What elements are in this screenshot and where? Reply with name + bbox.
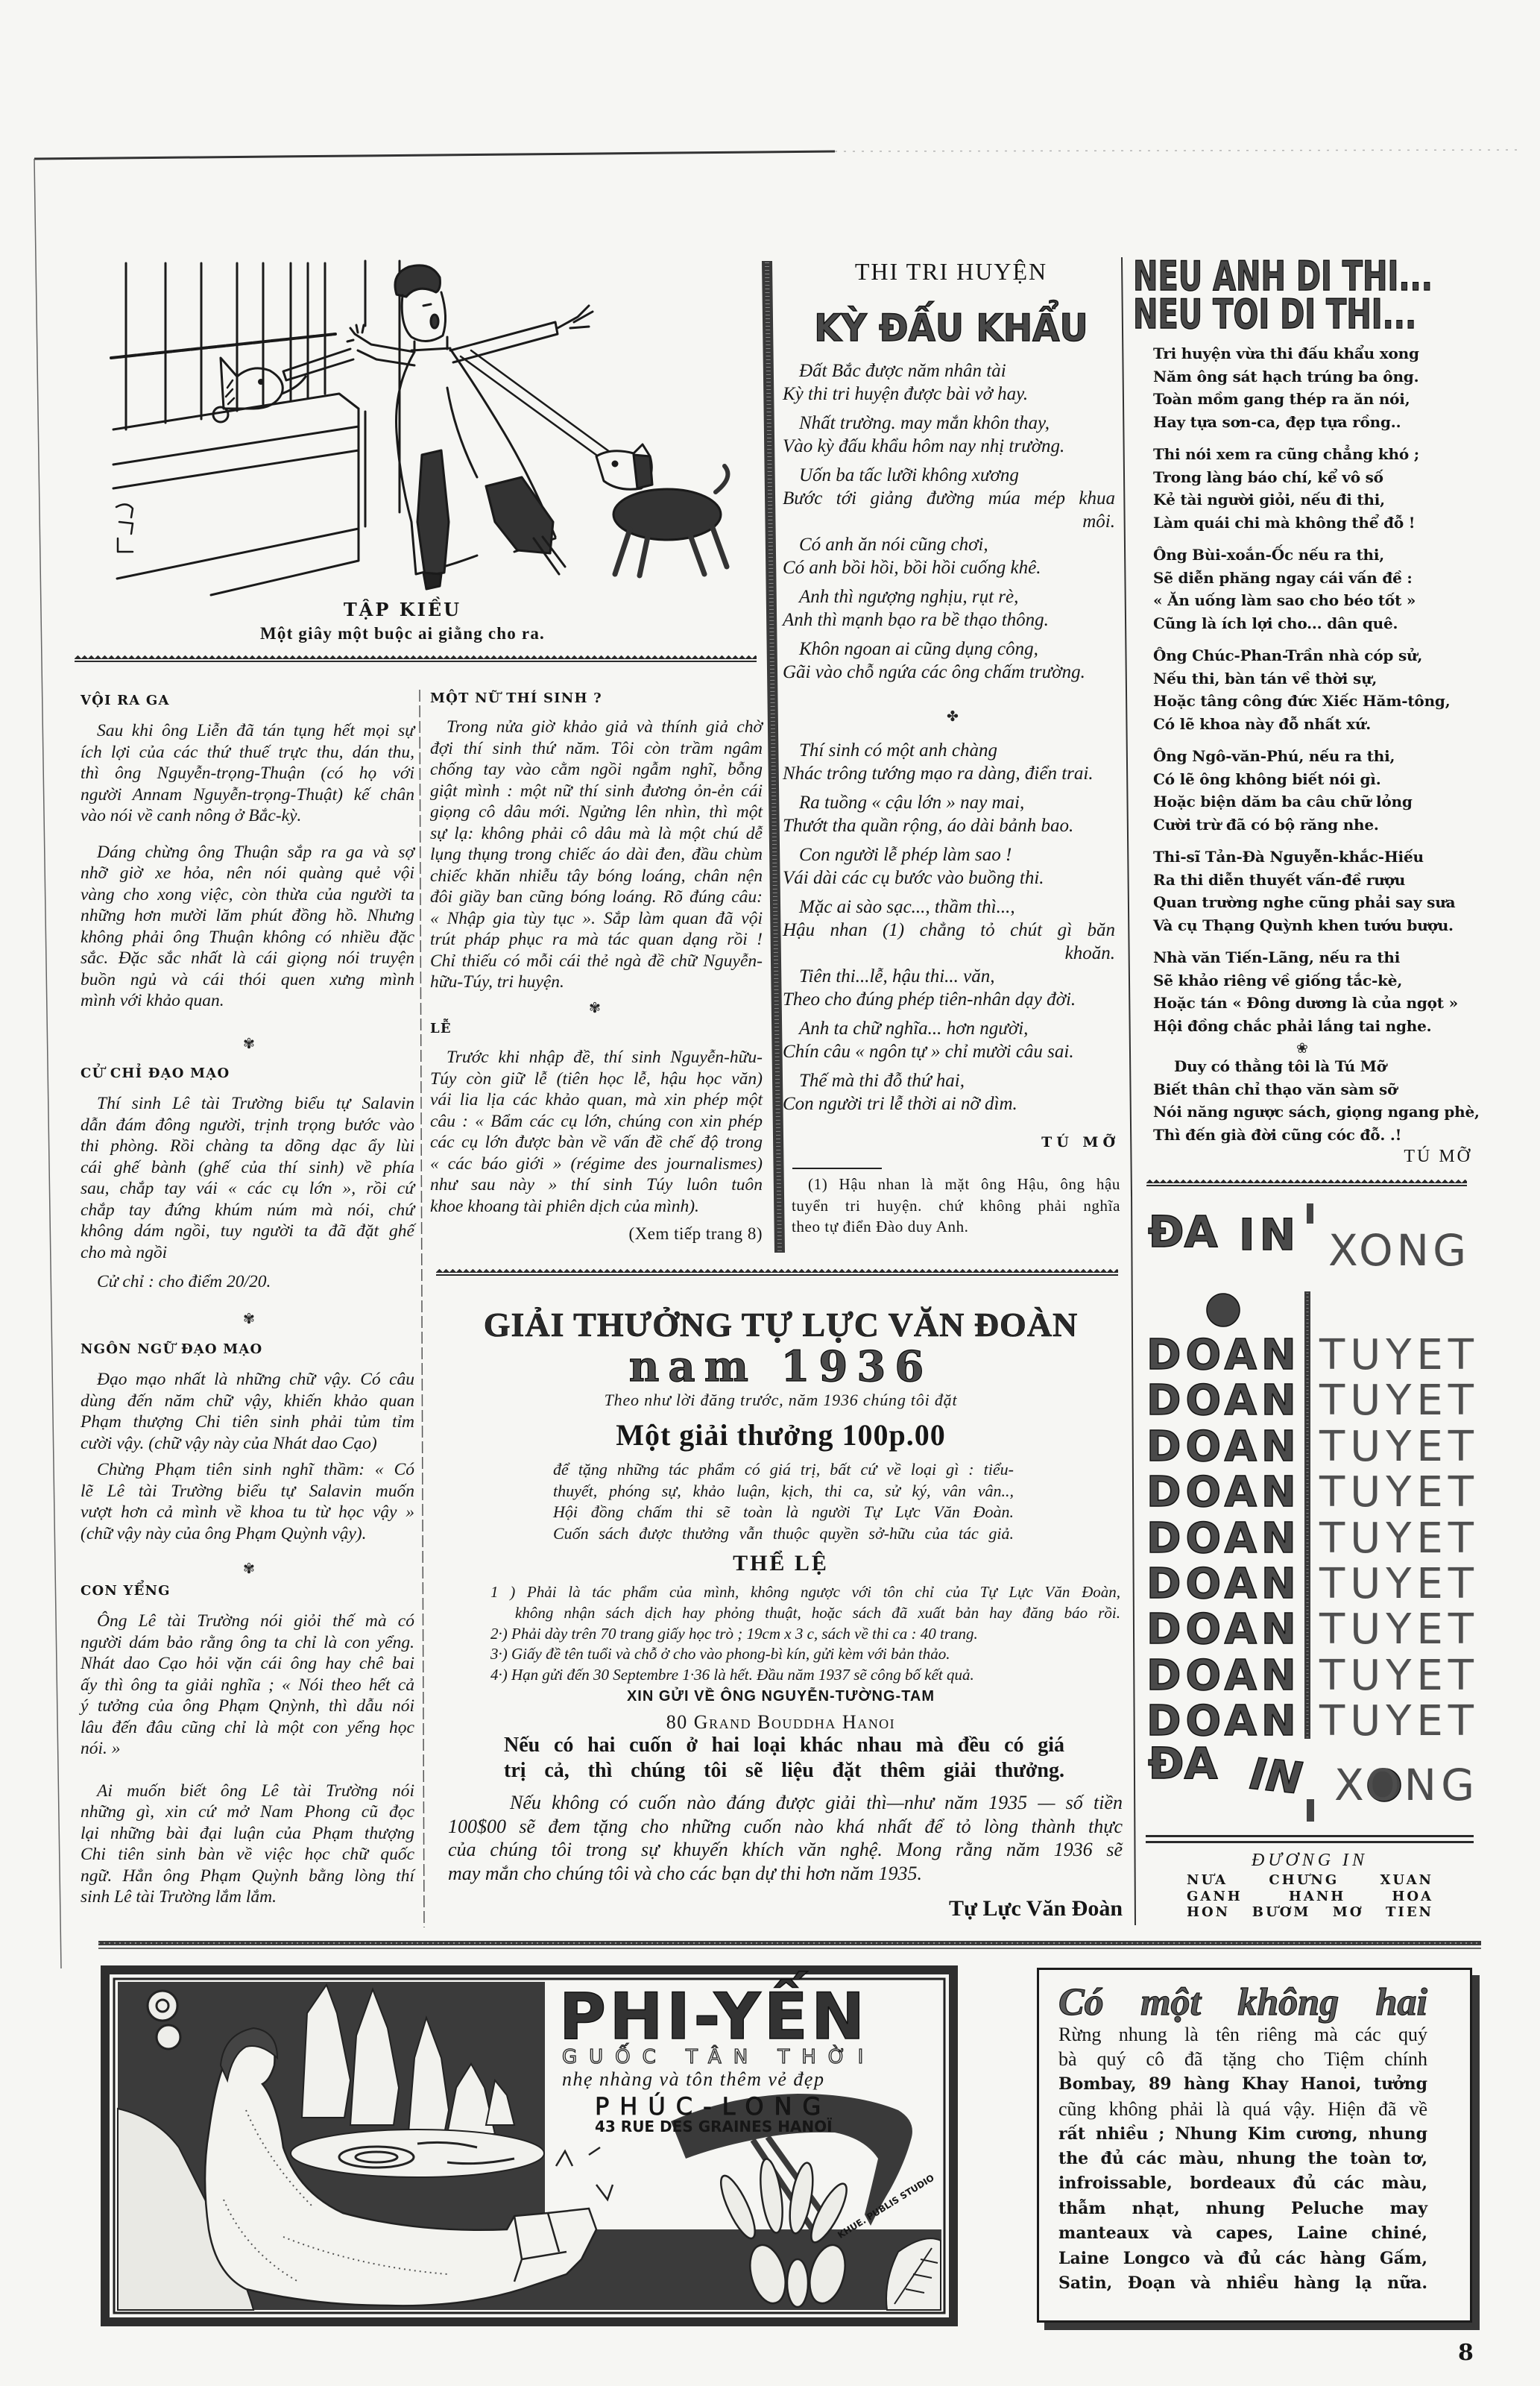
text-line: chắp tay đứng khúm núm mà nói, chứ (81, 1200, 414, 1221)
text-line: câu : « Bẩm các cụ lớn, chúng con xin ph… (430, 1111, 763, 1133)
text-line: của chúng tôi trong sự khuyến khích văn … (448, 1838, 1123, 1862)
verse-line: Kỳ thi tri huyện được bài vở hay. (783, 383, 1120, 406)
paragraph: Đạo mạo nhất là những chữ vậy. Có câudùn… (81, 1369, 414, 1454)
text-line: chống tay vào cằm ngồi ngẫm nghĩ, bỗng (430, 759, 763, 781)
stanza: Anh ta chữ nghĩa... hơn người,Chín câu «… (783, 1017, 1120, 1063)
verse-line: Có lẽ khoa này đỗ nhất xứ. (1153, 713, 1489, 736)
dog-behind-bars (213, 358, 306, 422)
text-line: dẫn đám đông người, trịnh trọng bước vào (81, 1115, 414, 1136)
stanza: Tri huyện vừa thi đấu khẩu xongNăm ông s… (1153, 342, 1489, 433)
verse-line: Chín câu « ngôn tự » chỉ mười câu sai. (783, 1040, 1120, 1063)
ad-text-line: Satin, Đoạn và nhiều hàng lạ nữa. (1058, 2271, 1427, 2296)
text-line: nhỡ giờ xe hỏa, nên nói quàng quẻ vội (81, 863, 414, 884)
verse-line: Bước tới giảng đường múa mép khua (783, 487, 1120, 510)
text-line: lẽ Lê tài Trường biểu tự Salavin muốn (81, 1481, 414, 1502)
text-line: người Annam Nguyễn-trọng-Thuật) kế chân (81, 784, 414, 806)
verse-line: Hoặc tán « Đông dương là của ngọt » (1153, 992, 1489, 1015)
word-doan: DOAN (1146, 1516, 1301, 1561)
stanza: Nhà văn Tiến-Lãng, nếu ra thiSẽ khảo riê… (1153, 946, 1489, 1037)
text-line: các cụ lớn được bàn về vấn đề chế độ tro… (430, 1132, 763, 1153)
text-line: như sau này » thí sinh Túy luôn tuôn (430, 1174, 763, 1196)
verse-line: Cười trừ đã có bộ răng nhe. (1153, 813, 1489, 837)
verse-line: Biết thân chỉ thạo văn sàm sỡ (1153, 1078, 1489, 1101)
postal-address: 80 Grand Bouddha Hanoi (436, 1711, 1126, 1734)
text-line: vượt hơn cả mình về khoa tu từ học vậy » (81, 1502, 414, 1523)
ornament-icon: ✾ (584, 999, 606, 1017)
stanza-lines: Khôn ngoan ai cũng dụng công,Gãi vào chỗ… (783, 638, 1120, 684)
upcoming-title: HON BƯƠM MƠ TIEN (1187, 1904, 1433, 1921)
verse-line: Ông Bùi-xoắn-Ốc nếu ra thi, (1153, 544, 1489, 567)
text-line: Thí sinh Lê tài Trường biểu tự Salavin (81, 1093, 414, 1115)
text-line: Chừng Phạm tiên sinh nghĩ thầm: « Có (81, 1459, 414, 1481)
verse-line: Anh ta chữ nghĩa... hơn người, (783, 1017, 1120, 1040)
upcoming-title: GANH HANH HOA (1187, 1889, 1433, 1905)
prize-intro: Theo như lời đăng trước, năm 1936 chúng … (436, 1391, 1126, 1410)
word-tuyet: TUYET (1319, 1516, 1479, 1561)
book-title-row: DOANTUYET (1146, 1378, 1474, 1423)
book-title-row: DOANTUYET (1146, 1516, 1474, 1561)
poem-author: TÚ MỠ (1153, 1146, 1472, 1167)
section-body: Trong nửa giờ khảo giả và thính giả chờđ… (430, 717, 763, 993)
text-line: để tặng những tác phẩm có giá trị, bất c… (553, 1459, 1014, 1481)
verse-line: Thế mà thi đỗ thứ hai, (783, 1069, 1120, 1092)
text-line: lại những bài đại luận của Phạm thượng (81, 1823, 414, 1845)
stanza: Thế mà thi đỗ thứ hai,Con người tri lễ t… (783, 1069, 1120, 1115)
text-line: Sau khi ông Liễn đã tán tụng hết mọi sự (81, 720, 414, 742)
verse-line: Ông Ngô-văn-Phú, nếu ra thi, (1153, 745, 1489, 768)
section-heading: CON YỂNG (81, 1580, 414, 1602)
verse-line: Và cụ Thạng Quỳnh khen tướu bượu. (1153, 914, 1489, 937)
send-to: XIN GỬI VỀ ÔNG NGUYỄN-TƯỜNG-TAM (436, 1687, 1126, 1705)
text-line: ý tưởng của ông Phạm Qnỳnh, thì dẫu nói (81, 1696, 414, 1717)
continued-on-page-link[interactable]: (Xem tiếp trang 8) (430, 1224, 763, 1244)
book-title-row: DOANTUYET (1146, 1653, 1474, 1699)
stanza-lines: Anh thì ngượng nghịu, rụt rè,Anh thì mạn… (783, 585, 1120, 632)
counter (113, 394, 365, 595)
verse-line: Thi-sĩ Tản-Đà Nguyễn-khắc-Hiếu (1153, 846, 1489, 869)
paragraph: Cử chỉ : cho điểm 20/20. (81, 1271, 414, 1293)
stanza: Thi-sĩ Tản-Đà Nguyễn-khắc-HiếuRa thi diễ… (1153, 846, 1489, 937)
ad-shop-name: PHÚC-LONG (595, 2094, 831, 2118)
stanza-lines: Có anh ăn nói cũng chơi,Có anh bồi hồi, … (783, 533, 1120, 579)
verse-line: Hoặc biện dăm ba câu chữ lỏng (1153, 790, 1489, 813)
upcoming-titles: NƯA CHƯNG XUANGANH HANH HOAHON BƯƠM MƠ T… (1187, 1872, 1433, 1921)
section-body: Thí sinh Lê tài Trường biểu tự Salavindẫ… (81, 1093, 414, 1293)
text-line: 100$00 sẽ đem tặng cho những cuốn nào kh… (448, 1815, 1123, 1839)
text-line: đợi thí sinh thứ năm. Tôi còn trầm ngâm (430, 738, 763, 760)
verse-line: Hay tựa sơn-ca, đẹp tựa rồng.. (1153, 411, 1489, 434)
text-line: dùng đến năm chữ vậy, khiến khảo quan (81, 1391, 414, 1412)
text-line: Ông Lê tài Trường nói giỏi thế mà có (81, 1611, 414, 1632)
stanza: Uốn ba tấc lưỡi không xươngBước tới giản… (783, 464, 1120, 533)
text-line: trị cả, thì chúng tôi sẽ liệu đặt thêm g… (504, 1758, 1064, 1784)
article-cu-chi-dao-mao: CỬ CHỈ ĐẠO MẠO Thí sinh Lê tài Trường bi… (81, 1063, 414, 1293)
text-line: người dám bảo rằng ông ta chỉ là con yển… (81, 1632, 414, 1654)
prize-signature: Tự Lực Văn Đoàn (894, 1896, 1123, 1921)
verse-line: Vào kỳ đấu khẩu hôm nay nhị trường. (783, 435, 1120, 458)
verse-line: Con người lễ phép làm sao ! (783, 843, 1120, 866)
verse-line: Tiên thi...lễ, hậu thi... văn, (783, 965, 1120, 988)
text-line: Chỉ thiếu có mỗi cái thẻ ngà đề chữ Nguy… (430, 951, 763, 972)
verse-line: Có anh bồi hồi, bồi hồi cuống khê. (783, 556, 1120, 579)
word-tuyet: TUYET (1319, 1332, 1479, 1378)
stanza: Ông Bùi-xoắn-Ốc nếu ra thi,Sẽ diễn phăng… (1153, 544, 1489, 635)
article-mot-nu-thi-sinh: MỘT NỮ THÍ SINH ? Trong nửa giờ khảo giả… (430, 687, 763, 993)
word-doan: DOAN (1146, 1561, 1301, 1607)
verse-line: Gãi vào chỗ ngứa các ông chấm trường. (783, 661, 1120, 684)
verse-line: Hội đồng chắc phải lắng tai nghe. (1153, 1015, 1489, 1038)
lily-flowers (715, 2158, 853, 2308)
text-line: ấy thì ông ta giải nghĩa ; « Nói theo hế… (81, 1675, 414, 1696)
word-tuyet: TUYET (1319, 1561, 1479, 1607)
verse-line: Sẽ khảo riêng về giống tắc-kè, (1153, 969, 1489, 992)
page-number: 8 (1458, 2340, 1474, 2367)
text-line: chiếc khăn nhiễu tây bóng loáng, chân nệ… (430, 866, 763, 887)
text-line: sắc. Đặc sắc nhất là cái giọng nói truyệ… (81, 948, 414, 969)
stanza: Mặc ai sào sạc..., thầm thì...,Hậu nhan … (783, 895, 1120, 965)
footnote-line: theo tự điển Đào duy Anh. (792, 1216, 1120, 1238)
text-line: sự lạ: không phải cô dâu mà là một chú d… (430, 823, 763, 845)
text-line: những hơn mười lăm phút đồng hồ. Nhưng (81, 905, 414, 927)
verse-line: Vái dài các cụ bước vào buồng thi. (783, 866, 1120, 890)
verse-line: Uốn ba tấc lưỡi không xương (783, 464, 1120, 487)
verse-line: Có anh ăn nói cũng chơi, (783, 533, 1120, 556)
ad-text-line: Laine Longco và đủ các hàng Gấm, (1058, 2247, 1427, 2271)
ad-word-da: ĐA (1148, 1210, 1218, 1253)
ad-text-line: rất nhiều ; Nhung Kim cương, nhung (1058, 2122, 1427, 2147)
verse-line: Thí sinh có một anh chàng (783, 739, 1120, 762)
ad-studio-credit: KHUE. PUBLIS STUDIO (836, 2173, 935, 2241)
rule-item: 2·) Phải dày trên 70 trang giấy học trò … (490, 1624, 1120, 1645)
section-heading: LỄ (430, 1018, 763, 1040)
text-line: (chữ vậy này của ông Phạm Quỳnh vậy). (81, 1523, 414, 1545)
text-line: Trong nửa giờ khảo giả và thính giả chờ (430, 717, 763, 738)
verse-line: Ông Chúc-Phan-Trần nhà cóp sử, (1153, 644, 1489, 667)
verse-line: Cũng là ích lợi cho... dân quê. (1153, 612, 1489, 635)
text-line: 4·) Hạn gửi đến 30 Septembre 1·36 là hết… (490, 1665, 1120, 1686)
verse-line: Theo cho đúng phép tiên-nhân dạy đời. (783, 988, 1120, 1011)
section-heading: MỘT NỮ THÍ SINH ? (430, 687, 763, 710)
rules-heading: THỂ LỆ (436, 1551, 1126, 1576)
tree-trunk (118, 2109, 253, 2310)
closing-paragraph: Nếu không có cuốn nào đáng được giải thì… (448, 1791, 1123, 1885)
paragraph: Trong nửa giờ khảo giả và thính giả chờđ… (430, 717, 763, 993)
book-title-row: DOANTUYET (1146, 1561, 1474, 1607)
text-line: Chi tiên sinh bàn về việc học chữ quốc (81, 1844, 414, 1866)
stanza: Tiên thi...lễ, hậu thi... văn,Theo cho đ… (783, 965, 1120, 1011)
verse-line: Quan trường nghe cũng phải say sưa (1153, 891, 1489, 914)
text-line: vàng cho xong việc, còn thừa của người t… (81, 884, 414, 906)
ad-text-line: thẫm nhạt, nhung Peluche may (1058, 2197, 1427, 2221)
text-line: ích lợi của các thứ thuế trực thu, dán t… (81, 742, 414, 764)
zigzag-divider (436, 1268, 1118, 1276)
prize-amount: Một giải thưởng 100p.00 (436, 1418, 1126, 1452)
ad-word-in: IN (1248, 1751, 1304, 1800)
word-doan: DOAN (1146, 1607, 1301, 1652)
cartoon-title: TẬP KIỀU (246, 599, 559, 621)
printing-status-label: ĐƯƠNG IN (1146, 1851, 1474, 1870)
ad-text-line: cũng không phải là quá vậy. Hiện đã về (1058, 2097, 1427, 2121)
text-line: Cuốn sách được thưởng vẫn thuộc quyền sở… (553, 1523, 1014, 1545)
text-line: đôi giầy ban cũng bóng loáng. Rõ đúng câ… (430, 887, 763, 908)
text-line: « Nhập gia tùy tục ». Sắp làm quan đã vộ… (430, 908, 763, 930)
text-line: nói. » (81, 1738, 414, 1760)
text-line: Cử chỉ : cho điểm 20/20. (81, 1271, 414, 1293)
stanza-lines: Thí sinh có một anh chàngNhác trông tướn… (783, 739, 1120, 785)
ad-text-line: the đủ các màu, nhung the toàn tơ, (1058, 2147, 1427, 2171)
text-line: cười vậy. (chữ vậy này của Nhát dao Cạo) (81, 1433, 414, 1455)
text-line: 2·) Phải dày trên 70 trang giấy học trò … (490, 1624, 1120, 1645)
stanza: Nhất trường. may mắn khôn thay,Vào kỳ đấ… (783, 412, 1120, 458)
poem-part-1: Đất Bắc được năm nhân tàiKỳ thi tri huyệ… (783, 359, 1120, 684)
word-tuyet: TUYET (1319, 1470, 1479, 1515)
paragraph: Ông Lê tài Trường nói giỏi thế mà cóngườ… (81, 1611, 414, 1760)
text-line: khoe khoang tài phiên dịch của mình). (430, 1196, 763, 1218)
prize-description: để tặng những tác phẩm có giá trị, bất c… (553, 1459, 1014, 1544)
zigzag-divider (75, 654, 757, 662)
verse-line: Ra tuồng « cậu lớn » nay mai, (783, 791, 1120, 814)
upcoming-title: NƯA CHƯNG XUAN (1187, 1872, 1433, 1889)
mountain-peaks (302, 1985, 514, 2134)
footnote-line: tuyển tri huyện. chứ không phải nghĩa (792, 1195, 1120, 1217)
poem-kicker: THI TRI HUYỆN (783, 258, 1120, 285)
poem-footnote: (1) Hậu nhan là mặt ông Hậu, ông hậutuyể… (792, 1174, 1120, 1238)
verse-line: Thướt tha quần rộng, áo dài bảnh bao. (783, 814, 1120, 837)
paragraph: Ai muốn biết ông Lê tài Trường nóinhững … (81, 1781, 414, 1908)
verse-overflow: khoăn. (783, 942, 1120, 965)
text-line: Hội đồng chấm thi sẽ toàn là người Tự Lự… (553, 1502, 1014, 1523)
rule-item: 4·) Hạn gửi đến 30 Septembre 1·36 là hết… (490, 1665, 1120, 1686)
text-line: thuyết, phóng sự, khảo luận, kịch, thi c… (553, 1481, 1014, 1502)
verse-line: Ra thi diễn thuyết vấn-đề rượu (1153, 869, 1489, 892)
stanza-lines: Uốn ba tấc lưỡi không xươngBước tới giản… (783, 464, 1120, 510)
ad-tagline: nhẹ nhàng và tôn thêm vẻ đẹp (562, 2068, 824, 2091)
text-line: vào nói về canh nông ở Bắc-kỳ. (81, 805, 414, 827)
word-tuyet: TUYET (1319, 1653, 1479, 1699)
right-poem-stanzas: Tri huyện vừa thi đấu khẩu xongNăm ông s… (1153, 342, 1489, 1037)
stanza-lines: Nhất trường. may mắn khôn thay,Vào kỳ đấ… (783, 412, 1120, 458)
stanza-lines: Tiên thi...lễ, hậu thi... văn,Theo cho đ… (783, 965, 1120, 1011)
leash (461, 350, 610, 459)
section-body: Đạo mạo nhất là những chữ vậy. Có câudùn… (81, 1369, 414, 1544)
zigzag-divider (1146, 1178, 1467, 1186)
verse-line: Nhất trường. may mắn khôn thay, (783, 412, 1120, 435)
section-body: Sau khi ông Liễn đã tán tụng hết mọi sựí… (81, 720, 414, 1012)
ad-word-xong: XONG (1334, 1763, 1479, 1807)
rule-item: 3·) Giấy đề tên tuổi và chỗ ở cho vào ph… (490, 1644, 1120, 1665)
section-heading: CỬ CHỈ ĐẠO MẠO (81, 1063, 414, 1085)
ad-shop-address: 43 RUE DES GRAINES HANOÏ (595, 2118, 833, 2135)
verse-line: Toàn mồm gang thép ra ăn nói, (1153, 388, 1489, 411)
verse-line: Nhà văn Tiến-Lãng, nếu ra thi (1153, 946, 1489, 969)
rule-item: 1 ) Phải là tác phẩm của mình, không ngư… (490, 1582, 1120, 1624)
article-voi-ra-ga: VỘI RA GA Sau khi ông Liễn đã tán tụng h… (81, 690, 414, 1012)
rose (148, 1991, 180, 2049)
stanza: Con người lễ phép làm sao !Vái dài các c… (783, 843, 1120, 890)
man-figure (283, 265, 593, 589)
word-tuyet: TUYET (1319, 1378, 1479, 1423)
verse-line: Duy có thằng tôi là Tú Mỡ (1153, 1055, 1489, 1078)
stanza: Thi nói xem ra cũng chẳng khó ;Trong làn… (1153, 443, 1489, 534)
text-line: 1 ) Phải là tác phẩm của mình, không ngư… (490, 1582, 1120, 1603)
verse-line: Làm quái chi mà không thể đỗ ! (1153, 511, 1489, 535)
book-title-row: DOANTUYET (1146, 1470, 1474, 1515)
verse-line: Nếu thi, bàn tán về thời sự, (1153, 667, 1489, 690)
verse-line: Con người tri lễ thời ai nỡ dìm. (783, 1092, 1120, 1115)
word-doan: DOAN (1146, 1470, 1301, 1515)
text-line: Đạo mạo nhất là những chữ vậy. Có câu (81, 1369, 414, 1391)
ad-word-xong: XONG (1328, 1229, 1470, 1272)
text-line: không dám ngồi, tuy người ta đã đặt ghế (81, 1221, 414, 1242)
stanza-lines: Thế mà thi đỗ thứ hai,Con người tri lễ t… (783, 1069, 1120, 1115)
text-line: lụng thụng trong chiếc áo dài đen, đầu c… (430, 844, 763, 866)
text-line: Túy còn giữ lễ (tiên học lễ, hậu học văn… (430, 1068, 763, 1090)
text-line: không nhận sách dịch hay phỏng thuật, ho… (490, 1603, 1120, 1624)
stanza: Ông Chúc-Phan-Trần nhà cóp sử,Nếu thi, b… (1153, 644, 1489, 735)
stanza-lines: Mặc ai sào sạc..., thầm thì...,Hậu nhan … (783, 895, 1120, 942)
ad-brand: PHI-YẾN (559, 1985, 868, 2049)
title-line: NEU ANH DI THI... (1133, 257, 1433, 295)
verse-line: Trong làng báo chí, kể vô số (1153, 466, 1489, 489)
stanza-lines: Ra tuồng « cậu lớn » nay mai,Thướt tha q… (783, 791, 1120, 837)
ad-text-line: Rừng nhung là tên riêng mà các quý (1058, 2022, 1427, 2047)
velvet-ad-title: Có một không hai (1058, 1982, 1427, 2024)
stanza: Khôn ngoan ai cũng dụng công,Gãi vào chỗ… (783, 638, 1120, 684)
paragraph: Trước khi nhập đề, thí sinh Nguyễn-hữu-T… (430, 1047, 763, 1217)
paragraph: Chừng Phạm tiên sinh nghĩ thầm: « Cólẽ L… (81, 1459, 414, 1544)
ornament-icon: ✤ (941, 708, 964, 725)
verse-line: Thì đến già đời cũng cóc đỗ. .! (1153, 1124, 1489, 1147)
ads-top-rule (98, 1941, 1481, 1948)
article-le: LỄ Trước khi nhập đề, thí sinh Nguyễn-hữ… (430, 1018, 763, 1217)
verse-line: Tri huyện vừa thi đấu khẩu xong (1153, 342, 1489, 365)
text-line: sinh Lê tài Trường lắm lắm. (81, 1886, 414, 1908)
text-line: thì ông Nguyễn-trọng-Thuận (có họ với (81, 763, 414, 784)
cartoon-caption: Một giây một buộc ai giằng cho ra. (224, 623, 581, 644)
text-line: Phạm thượng Chi tiên sinh phải tủm tỉm (81, 1411, 414, 1433)
ad-product: GUỐC TÂN THỜI (562, 2046, 875, 2068)
dog-on-leash (596, 444, 728, 576)
ad-text-line: bà quý cô đã tặng cho Tiệm chính (1058, 2047, 1427, 2071)
book-title-row: DOANTUYET (1146, 1332, 1474, 1378)
word-tuyet: TUYET (1319, 1424, 1479, 1470)
verse-line: Đất Bắc được năm nhân tài (783, 359, 1120, 383)
text-line: buồn ngủ và cái thói quen xưng mình (81, 969, 414, 991)
text-line: những gì, xin cứ mở Nam Phong cũ đọc (81, 1801, 414, 1823)
text-line: Nếu có hai cuốn ở hai loại khác nhau mà … (504, 1733, 1064, 1758)
text-line: cho mà ngồi (81, 1242, 414, 1264)
text-line: lâu đến đâu cũng chỉ là một con yểng học (81, 1717, 414, 1739)
text-line: 3·) Giấy đề tên tuổi và chỗ ở cho vào ph… (490, 1644, 1120, 1665)
poem-part-2: Thí sinh có một anh chàngNhác trông tướn… (783, 739, 1120, 1115)
stanza-lines: Anh ta chữ nghĩa... hơn người,Chín câu «… (783, 1017, 1120, 1063)
text-line: trút pháp phục ra mà tác quan dạng rồi ! (430, 929, 763, 951)
stanza: Có anh ăn nói cũng chơi,Có anh bồi hồi, … (783, 533, 1120, 579)
word-doan: DOAN (1146, 1424, 1301, 1470)
section-body: Trước khi nhập đề, thí sinh Nguyễn-hữu-T… (430, 1047, 763, 1217)
word-doan: DOAN (1146, 1653, 1301, 1699)
gate-bars (126, 261, 400, 512)
article-con-yeng: CON YỂNG Ông Lê tài Trường nói giỏi thế … (81, 1580, 414, 1908)
paragraph: Sau khi ông Liễn đã tán tụng hết mọi sựí… (81, 720, 414, 827)
verse-line: Có lẽ ông không biết nói gì. (1153, 768, 1489, 791)
verse-line: Sẽ diễn phăng ngay cái vấn đề : (1153, 567, 1489, 590)
small-birds (556, 2147, 613, 2200)
text-line: Nhát dao Cạo hỏi vặn cái ông hay chê bai (81, 1653, 414, 1675)
ornament-icon: ✾ (238, 1560, 260, 1578)
text-line: may mắn cho chúng tôi và cho các bạn dự … (448, 1862, 1123, 1886)
verse-line: Kẻ tài người giỏi, nếu đi thi, (1153, 488, 1489, 511)
text-line: giật mình : một nữ thí sinh đương ỏn-ẻn … (430, 781, 763, 802)
poem-title: KỲ ĐẤU KHẨU (793, 306, 1110, 350)
verse-line: « Ăn uống làm sao cho béo tốt » (1153, 589, 1489, 612)
right-poem-title: NEU ANH DI THI... NEU TOI DI THI... (1133, 257, 1433, 333)
paragraph: Dáng chừng ông Thuận sắp ra ga và sợnhỡ … (81, 842, 414, 1012)
verse-line: Thi nói xem ra cũng chẳng khó ; (1153, 443, 1489, 466)
article-ngon-ngu-dao-mao: NGÔN NGỮ ĐẠO MẠO Đạo mạo nhất là những c… (81, 1338, 414, 1544)
text-line: Dáng chừng ông Thuận sắp ra ga và sợ (81, 842, 414, 863)
text-line: ngữ. Hẳn ông Phạm Quỳnh bằng lòng thí (81, 1866, 414, 1887)
ad-word-in: IN (1239, 1213, 1300, 1256)
right-poem-final-stanza: Duy có thằng tôi là Tú MỡBiết thân chỉ t… (1153, 1055, 1489, 1146)
velvet-ad-body: Rừng nhung là tên riêng mà các quýbà quý… (1058, 2022, 1427, 2296)
text-line: vái lia lịa các khảo quan, mà xin phép m… (430, 1089, 763, 1111)
text-line: mình với khảo quan. (81, 990, 414, 1012)
verse-line: Hậu nhan (1) chẳng tỏ chút gì băn (783, 919, 1120, 942)
seated-woman (205, 2028, 596, 2305)
text-line: cái ghế bành (ghế của thí sinh) về phía (81, 1157, 414, 1179)
verse-line: Năm ông sát hạch trúng ba ông. (1153, 365, 1489, 388)
verse-line: Anh thì ngượng nghịu, rụt rè, (783, 585, 1120, 608)
section-heading: VỘI RA GA (81, 690, 414, 712)
verse-line: Mặc ai sào sạc..., thầm thì..., (783, 895, 1120, 919)
double-rule (1146, 1841, 1474, 1843)
text-line: không phải ông Thuận không có nhiều đặc (81, 927, 414, 948)
verse-line: Nhác trông tướng mạo ra dàng, điển trai. (783, 762, 1120, 785)
title-line: NEU TOI DI THI... (1133, 295, 1433, 333)
verse-line: Nói năng ngược sách, giọng ngang phè, (1153, 1101, 1489, 1124)
section-heading: NGÔN NGỮ ĐẠO MẠO (81, 1338, 414, 1361)
verse-line: Anh thì mạnh bạo ra bề thạo thông. (783, 608, 1120, 632)
ad-text-line: manteaux và capes, Laine chiné, (1058, 2221, 1427, 2246)
stanza: Ra tuồng « cậu lớn » nay mai,Thướt tha q… (783, 791, 1120, 837)
word-tuyet: TUYET (1319, 1699, 1479, 1744)
stanza: Anh thì ngượng nghịu, rụt rè,Anh thì mạn… (783, 585, 1120, 632)
stanza: Đất Bắc được năm nhân tàiKỳ thi tri huyệ… (783, 359, 1120, 406)
double-rule (1146, 1835, 1474, 1837)
text-line: Ai muốn biết ông Lê tài Trường nói (81, 1781, 414, 1802)
book-title-grid: DOANTUYETDOANTUYETDOANTUYETDOANTUYETDOAN… (1146, 1332, 1474, 1745)
footnote-line: (1) Hậu nhan là mặt ông Hậu, ông hậu (792, 1174, 1120, 1195)
verse-line: Hoặc tâng công đức Xiếc Hăm-tông, (1153, 690, 1489, 713)
paragraph: Thí sinh Lê tài Trường biểu tự Salavindẫ… (81, 1093, 414, 1263)
gate-rail (111, 334, 335, 358)
ornament-icon: ✾ (238, 1035, 260, 1053)
stanza: Thí sinh có một anh chàngNhác trông tướn… (783, 739, 1120, 785)
text-line: hữu-Túy, tri huyện. (430, 972, 763, 993)
book-title-row: DOANTUYET (1146, 1607, 1474, 1652)
ad-word-da: ĐA (1148, 1742, 1218, 1785)
stanza: Ông Ngô-văn-Phú, nếu ra thi,Có lẽ ông kh… (1153, 745, 1489, 836)
cartoon-illustration (111, 261, 728, 595)
word-tuyet: TUYET (1319, 1607, 1479, 1652)
text-line: sau, chắp tay vái « các cụ lớn », rồi cứ (81, 1178, 414, 1200)
stanza-lines: Con người lễ phép làm sao !Vái dài các c… (783, 843, 1120, 890)
text-line: thi phòng. Rồi chàng ta dõng dạc ẩy lùi (81, 1136, 414, 1157)
text-line: « các báo giới » (régime des journalisme… (430, 1153, 763, 1175)
verse-line: Khôn ngoan ai cũng dụng công, (783, 638, 1120, 661)
poem-author: TÚ MỠ (783, 1133, 1120, 1152)
